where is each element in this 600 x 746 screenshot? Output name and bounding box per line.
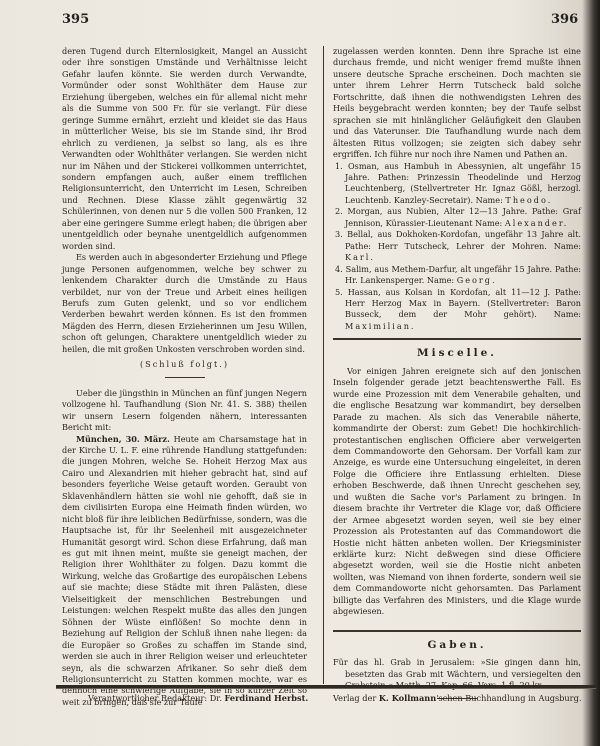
- baptism-entry: 2. Morgan, aus Nubien, Alter 12—13 Jahre…: [333, 206, 581, 229]
- article-continuation-paragraph: deren Tugend durch Elternlosigkeit, Mang…: [62, 46, 307, 252]
- miscelle-text: Vor einigen Jahren ereignete sich auf de…: [333, 366, 581, 618]
- miscelle-heading: Miscelle.: [333, 348, 581, 359]
- baptism-entry: 5. Hassan, aus Kolsan in Kordofan, alt 1…: [333, 287, 581, 333]
- section-divider: [165, 377, 205, 378]
- editor-credit: Verantwortlicher Redakteur: Dr. Ferdinan…: [88, 693, 308, 703]
- report-intro: Ueber die jüngsthin in München an fünf j…: [62, 388, 307, 434]
- left-column: deren Tugend durch Elternlosigkeit, Mang…: [62, 46, 307, 708]
- baptismal-name: Maximilian.: [345, 321, 416, 331]
- article-paragraph: Es werden auch in abgesonderter Erziehun…: [62, 252, 307, 355]
- baptismal-name: Karl.: [345, 252, 375, 262]
- baptismal-name: Georg.: [457, 275, 497, 285]
- to-be-continued-note: (Schluß folgt.): [62, 359, 307, 370]
- publisher-name: K. Kollmann: [379, 693, 436, 703]
- baptism-entry: 1. Osman, aus Hambuh in Abessynien, alt …: [333, 161, 581, 207]
- right-column: zugelassen werden konnten. Denn ihre Spr…: [333, 46, 581, 709]
- section-divider: [333, 630, 581, 632]
- baptism-list: 1. Osman, aus Hambuh in Abessynien, alt …: [333, 161, 581, 333]
- gaben-heading: Gaben.: [333, 640, 581, 651]
- newspaper-spread: 395 396 deren Tugend durch Elternlosigke…: [0, 0, 600, 746]
- page-number-right: 396: [551, 12, 578, 27]
- editor-name: Ferdinand Herbst.: [225, 693, 309, 703]
- footer-rule: [56, 685, 596, 689]
- publisher-credit: Verlag der K. Kollmann'schen Buchhandlun…: [333, 693, 581, 703]
- baptismal-name: Alexander.: [505, 218, 569, 228]
- baptism-entry: 3. Bellal, aus Dokhoken-Kordofan, ungefä…: [333, 229, 581, 263]
- column-divider: [323, 46, 324, 684]
- section-divider: [333, 338, 581, 340]
- report-text: Heute am Charsamstage hat in der Kirche …: [62, 434, 307, 707]
- dateline: München, 30. März.: [76, 434, 170, 444]
- page-number-left: 395: [62, 12, 89, 27]
- baptism-entry: 4. Salim, aus Methem-Darfur, alt ungefäh…: [333, 264, 581, 287]
- report-body: München, 30. März. Heute am Charsamstage…: [62, 434, 307, 709]
- baptismal-name: Theodo.: [505, 195, 552, 205]
- report-continuation: zugelassen werden konnten. Denn ihre Spr…: [333, 46, 581, 161]
